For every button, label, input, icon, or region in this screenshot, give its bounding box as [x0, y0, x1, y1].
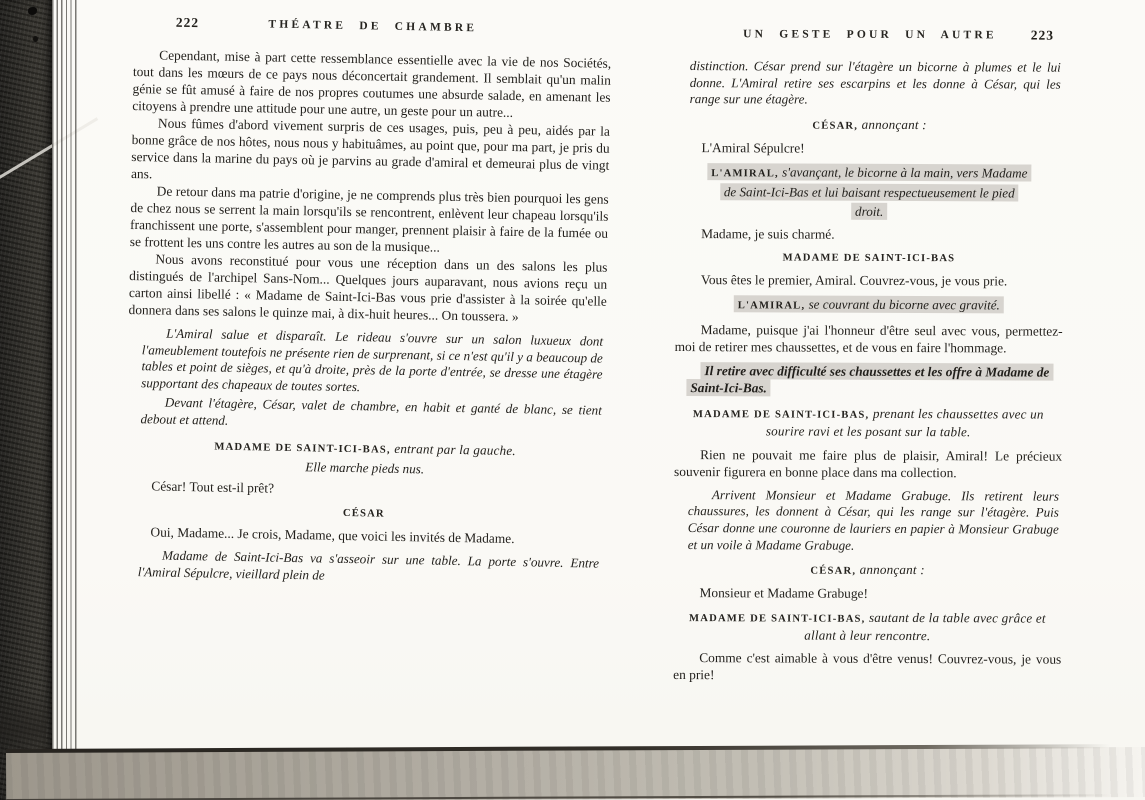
dialogue-line: Madame, puisque j'ai l'honneur d'être se… — [675, 321, 1063, 357]
right-page-header: 223 UN GESTE POUR UN AUTRE — [676, 26, 1064, 52]
speaker-name: CÉSAR, — [812, 120, 858, 131]
dialogue-line: Oui, Madame... Je crois, Madame, que voi… — [124, 523, 602, 549]
left-page: 222 THÉATRE DE CHAMBRE Cependant, mise à… — [124, 14, 612, 589]
speaker-stage-note: se couvrant du bicorne avec gravité. — [805, 297, 1000, 313]
speaker-heading: CÉSAR, annonçant : — [674, 561, 1062, 581]
speaker-name: MADAME DE SAINT-ICI-BAS, — [689, 613, 865, 625]
left-running-title: THÉATRE DE CHAMBRE — [134, 14, 612, 37]
dialogue-line: Rien ne pouvait me faire plus de plaisir… — [674, 446, 1062, 482]
speaker-name: MADAME DE SAINT-ICI-BAS, — [214, 441, 391, 455]
stage-direction: L'Amiral salue et disparaît. Le rideau s… — [141, 325, 603, 400]
highlight-background: L'AMIRAL, se couvrant du bicorne avec gr… — [734, 296, 1004, 314]
bottom-left-corner-shadow — [0, 688, 46, 758]
right-running-title: UN GESTE POUR UN AUTRE — [676, 26, 1064, 42]
right-page: 223 UN GESTE POUR UN AUTRE distinction. … — [673, 26, 1064, 685]
highlighted-stage-direction: L'AMIRAL, s'avançant, le bicorne à la ma… — [705, 163, 1033, 222]
stage-direction: Madame de Saint-Ici-Bas va s'asseoir sur… — [138, 547, 600, 589]
bottom-page-edges — [6, 747, 1145, 800]
book-spine-shadow — [0, 0, 52, 800]
spine-speck — [33, 36, 38, 42]
dialogue-line: L'Amiral Sépulcre! — [675, 139, 1063, 158]
speaker-heading: MADAME DE SAINT-ICI-BAS, sautant de la t… — [673, 609, 1061, 647]
dialogue-line: Madame, je suis charmé. — [675, 225, 1063, 244]
highlight-background: L'AMIRAL, s'avançant, le bicorne à la ma… — [707, 163, 1031, 220]
dialogue-line: César! Tout est-il prêt? — [125, 477, 603, 503]
left-page-number: 222 — [176, 15, 200, 31]
dialogue-line: Comme c'est aimable à vous d'être venus!… — [673, 649, 1061, 685]
speaker-name: CÉSAR — [343, 508, 385, 520]
paragraph: Nous fûmes d'abord vivement surpris de c… — [131, 114, 610, 191]
speaker-name: MADAME DE SAINT-ICI-BAS, — [693, 409, 869, 421]
scanned-book-spread: { "left_page": { "page_number": "222", "… — [0, 0, 1145, 800]
speaker-name: L'AMIRAL, — [738, 301, 806, 312]
speaker-heading: MADAME DE SAINT-ICI-BAS — [675, 250, 1063, 268]
speaker-name: MADAME DE SAINT-ICI-BAS — [783, 253, 956, 265]
paragraph: De retour dans ma patrie d'origine, je n… — [130, 182, 609, 259]
dialogue-line: Monsieur et Madame Grabuge! — [673, 584, 1061, 603]
dialogue-line: Vous êtes le premier, Amiral. Couvrez-vo… — [675, 271, 1063, 290]
left-page-header: 222 THÉATRE DE CHAMBRE — [134, 14, 612, 47]
speaker-name: CÉSAR, — [810, 566, 856, 577]
speaker-name: L'AMIRAL, — [711, 168, 779, 179]
stage-direction: Arrivent Monsieur et Madame Grabuge. Ils… — [688, 487, 1059, 555]
highlighted-stage-direction: Il retire avec difficulté ses chaussette… — [686, 362, 1056, 399]
highlight-background: Il retire avec difficulté ses chaussette… — [686, 362, 1053, 397]
page-edge-lines — [52, 0, 78, 750]
speaker-stage-note: entrant par la gauche. — [391, 440, 516, 457]
speaker-heading: MADAME DE SAINT-ICI-BAS, prenant les cha… — [674, 405, 1062, 443]
stage-direction: Devant l'étagère, César, valet de chambr… — [140, 395, 602, 437]
right-page-number: 223 — [1031, 28, 1054, 44]
speaker-stage-note: annonçant : — [858, 117, 927, 132]
paragraph: Cependant, mise à part cette ressemblanc… — [132, 46, 611, 123]
speaker-heading: CÉSAR, annonçant : — [676, 116, 1064, 136]
speaker-heading: CÉSAR — [125, 502, 603, 527]
speaker-stage-note: annonçant : — [856, 562, 925, 577]
highlighted-stage-direction: L'AMIRAL, se couvrant du bicorne avec gr… — [705, 295, 1033, 317]
stage-direction: distinction. César prend sur l'étagère u… — [690, 58, 1061, 109]
paragraph: Nous avons reconstitué pour vous une réc… — [128, 250, 607, 327]
